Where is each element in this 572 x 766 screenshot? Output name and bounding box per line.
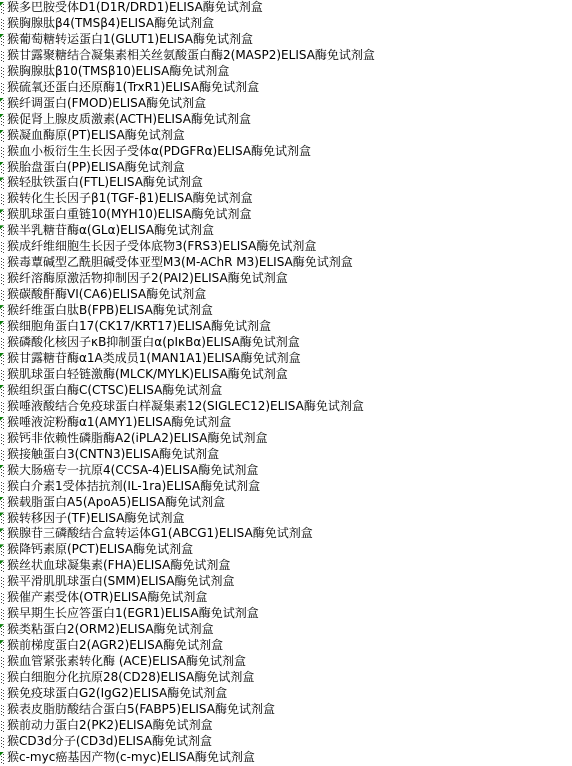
list-item[interactable]: 猴凝血酶原(PT)ELISA酶免试剂盒 — [0, 128, 572, 144]
green-corner-icon — [0, 512, 4, 516]
product-link[interactable]: 猴纤维蛋白肽B(FPB)ELISA酶免试剂盒 — [7, 303, 213, 319]
page-new-icon — [0, 98, 5, 110]
list-item[interactable]: 猴碳酸酐酶VI(CA6)ELISA酶免试剂盒 — [0, 287, 572, 303]
list-item[interactable]: 猴甘露聚糖结合凝集素相关丝氨酸蛋白酶2(MASP2)ELISA酶免试剂盒 — [0, 48, 572, 64]
product-link[interactable]: 猴白细胞分化抗原28(CD28)ELISA酶免试剂盒 — [7, 670, 254, 686]
list-item[interactable]: 猴前梯度蛋白2(AGR2)ELISA酶免试剂盒 — [0, 638, 572, 654]
page-new-icon — [0, 114, 5, 126]
product-link[interactable]: 猴多巴胺受体D1(D1R/DRD1)ELISA酶免试剂盒 — [7, 0, 263, 16]
product-link[interactable]: 猴肌球蛋白重链10(MYH10)ELISA酶免试剂盒 — [7, 207, 251, 223]
page-icon — [0, 672, 5, 684]
green-corner-icon — [0, 624, 4, 628]
list-item[interactable]: 猴葡萄糖转运蛋白1(GLUT1)ELISA酶免试剂盒 — [0, 32, 572, 48]
list-item[interactable]: 猴纤维蛋白肽B(FPB)ELISA酶免试剂盒 — [0, 303, 572, 319]
green-corner-icon — [0, 177, 4, 181]
list-item[interactable]: 猴接触蛋白3(CNTN3)ELISA酶免试剂盒 — [0, 447, 572, 463]
product-link[interactable]: 猴钙非依赖性磷脂酶A2(iPLA2)ELISA酶免试剂盒 — [7, 431, 267, 447]
list-item[interactable]: 猴胸腺肽β4(TMSβ4)ELISA酶免试剂盒 — [0, 16, 572, 32]
list-item[interactable]: 猴肌球蛋白轻链激酶(MLCK/MYLK)ELISA酶免试剂盒 — [0, 367, 572, 383]
list-item[interactable]: 猴纤溶酶原激活物抑制因子2(PAI2)ELISA酶免试剂盒 — [0, 271, 572, 287]
green-corner-icon — [0, 209, 4, 213]
product-link[interactable]: 猴胸腺肽β4(TMSβ4)ELISA酶免试剂盒 — [7, 16, 214, 32]
page-icon — [0, 401, 5, 413]
product-link[interactable]: 猴唾液淀粉酶α1(AMY1)ELISA酶免试剂盒 — [7, 415, 231, 431]
list-item[interactable]: 猴甘露糖苷酶α1A类成员1(MAN1A1)ELISA酶免试剂盒 — [0, 351, 572, 367]
product-link[interactable]: 猴半乳糖苷酶α(GLα)ELISA酶免试剂盒 — [7, 223, 214, 239]
page-icon — [0, 193, 5, 205]
product-link[interactable]: 猴免疫球蛋白G2(IgG2)ELISA酶免试剂盒 — [7, 686, 227, 702]
product-link[interactable]: 猴轻肽铁蛋白(FTL)ELISA酶免试剂盒 — [7, 175, 203, 191]
page-new-icon — [0, 560, 5, 572]
list-item[interactable]: 猴前动力蛋白2(PK2)ELISA酶免试剂盒 — [0, 718, 572, 734]
page-icon — [0, 50, 5, 62]
page-new-icon — [0, 130, 5, 142]
product-link[interactable]: 猴碳酸酐酶VI(CA6)ELISA酶免试剂盒 — [7, 287, 206, 303]
list-item[interactable]: 猴表皮脂肪酸结合蛋白5(FABP5)ELISA酶免试剂盒 — [0, 702, 572, 718]
list-item[interactable]: 猴血小板衍生生长因子受体α(PDGFRα)ELISA酶免试剂盒 — [0, 144, 572, 160]
list-item[interactable]: 猴胸腺肽β10(TMSβ10)ELISA酶免试剂盒 — [0, 64, 572, 80]
page-icon — [0, 720, 5, 732]
page-icon — [0, 146, 5, 158]
page-icon — [0, 273, 5, 285]
page-icon — [0, 241, 5, 253]
list-item[interactable]: 猴胎盘蛋白(PP)ELISA酶免试剂盒 — [0, 160, 572, 176]
page-icon — [0, 688, 5, 700]
page-icon — [0, 576, 5, 588]
product-link[interactable]: 猴胸腺肽β10(TMSβ10)ELISA酶免试剂盒 — [7, 64, 229, 80]
list-item[interactable]: 猴载脂蛋白A5(ApoA5)ELISA酶免试剂盒 — [0, 495, 572, 511]
product-link[interactable]: 猴凝血酶原(PT)ELISA酶免试剂盒 — [7, 128, 185, 144]
green-corner-icon — [0, 560, 4, 564]
product-link[interactable]: 猴甘露糖苷酶α1A类成员1(MAN1A1)ELISA酶免试剂盒 — [7, 351, 301, 367]
green-corner-icon — [0, 98, 4, 102]
green-corner-icon — [0, 544, 4, 548]
green-corner-icon — [0, 305, 4, 309]
green-corner-icon — [0, 353, 4, 357]
product-link[interactable]: 猴葡萄糖转运蛋白1(GLUT1)ELISA酶免试剂盒 — [7, 32, 253, 48]
list-item[interactable]: 猴成纤维细胞生长因子受体底物3(FRS3)ELISA酶免试剂盒 — [0, 239, 572, 255]
product-link[interactable]: 猴大肠癌专一抗原4(CCSA-4)ELISA酶免试剂盒 — [7, 463, 258, 479]
list-item[interactable]: 猴免疫球蛋白G2(IgG2)ELISA酶免试剂盒 — [0, 686, 572, 702]
page-new-icon — [0, 417, 5, 429]
green-corner-icon — [0, 640, 4, 644]
list-item[interactable]: 猴降钙素原(PCT)ELISA酶免试剂盒 — [0, 542, 572, 558]
product-link[interactable]: 猴毒蕈碱型乙酰胆碱受体亚型M3(M-AChR M3)ELISA酶免试剂盒 — [7, 255, 353, 271]
product-link[interactable]: 猴唾液酸结合免疫球蛋白样凝集素12(SIGLEC12)ELISA酶免试剂盒 — [7, 399, 364, 415]
page-new-icon — [0, 752, 5, 764]
product-link[interactable]: 猴成纤维细胞生长因子受体底物3(FRS3)ELISA酶免试剂盒 — [7, 239, 316, 255]
product-link[interactable]: 猴组织蛋白酶C(CTSC)ELISA酶免试剂盒 — [7, 383, 222, 399]
green-corner-icon — [0, 2, 4, 6]
product-link[interactable]: 猴磷酸化核因子κB抑制蛋白α(pIκBα)ELISA酶免试剂盒 — [7, 335, 300, 351]
product-link[interactable]: 猴早期生长应答蛋白1(EGR1)ELISA酶免试剂盒 — [7, 606, 259, 622]
green-corner-icon — [0, 114, 4, 118]
product-link[interactable]: 猴降钙素原(PCT)ELISA酶免试剂盒 — [7, 542, 193, 558]
page-icon — [0, 289, 5, 301]
page-icon — [0, 736, 5, 748]
product-link[interactable]: 猴转移因子(TF)ELISA酶免试剂盒 — [7, 511, 184, 527]
list-item[interactable]: 猴转移因子(TF)ELISA酶免试剂盒 — [0, 511, 572, 527]
product-link[interactable]: 猴丝状血球凝集素(FHA)ELISA酶免试剂盒 — [7, 558, 230, 574]
green-corner-icon — [0, 225, 4, 229]
green-corner-icon — [0, 752, 4, 756]
list-item[interactable]: 猴钙非依赖性磷脂酶A2(iPLA2)ELISA酶免试剂盒 — [0, 431, 572, 447]
list-item[interactable]: 猴硫氧还蛋白还原酶1(TrxR1)ELISA酶免试剂盒 — [0, 80, 572, 96]
list-item[interactable]: 猴CD3d分子(CD3d)ELISA酶免试剂盒 — [0, 734, 572, 750]
list-item[interactable]: 猴磷酸化核因子κB抑制蛋白α(pIκBα)ELISA酶免试剂盒 — [0, 335, 572, 351]
list-item[interactable]: 猴毒蕈碱型乙酰胆碱受体亚型M3(M-AChR M3)ELISA酶免试剂盒 — [0, 255, 572, 271]
product-link[interactable]: 猴甘露聚糖结合凝集素相关丝氨酸蛋白酶2(MASP2)ELISA酶免试剂盒 — [7, 48, 375, 64]
page-icon — [0, 66, 5, 78]
green-corner-icon — [0, 162, 4, 166]
list-item[interactable]: 猴白细胞分化抗原28(CD28)ELISA酶免试剂盒 — [0, 670, 572, 686]
page-icon — [0, 18, 5, 30]
page-new-icon — [0, 34, 5, 46]
list-item[interactable]: 猴多巴胺受体D1(D1R/DRD1)ELISA酶免试剂盒 — [0, 0, 572, 16]
list-item[interactable]: 猴丝状血球凝集素(FHA)ELISA酶免试剂盒 — [0, 558, 572, 574]
page-new-icon — [0, 305, 5, 317]
product-link[interactable]: 猴前动力蛋白2(PK2)ELISA酶免试剂盒 — [7, 718, 213, 734]
green-corner-icon — [0, 385, 4, 389]
product-link[interactable]: 猴白介素1受体拮抗剂(IL-1ra)ELISA酶免试剂盒 — [7, 479, 260, 495]
page-new-icon — [0, 321, 5, 333]
list-item[interactable]: 猴平滑肌肌球蛋白(SMM)ELISA酶免试剂盒 — [0, 574, 572, 590]
page-new-icon — [0, 385, 5, 397]
list-item[interactable]: 猴纤调蛋白(FMOD)ELISA酶免试剂盒 — [0, 96, 572, 112]
page-icon — [0, 257, 5, 269]
product-link[interactable]: 猴催产素受体(OTR)ELISA酶免试剂盒 — [7, 590, 207, 606]
list-item[interactable]: 猴轻肽铁蛋白(FTL)ELISA酶免试剂盒 — [0, 175, 572, 191]
green-corner-icon — [0, 321, 4, 325]
page-icon — [0, 704, 5, 716]
product-link[interactable]: 猴胎盘蛋白(PP)ELISA酶免试剂盒 — [7, 160, 185, 176]
green-corner-icon — [0, 417, 4, 421]
list-item[interactable]: 猴腺苷三磷酸结合盒转运体G1(ABCG1)ELISA酶免试剂盒 — [0, 526, 572, 542]
page-icon — [0, 608, 5, 620]
green-corner-icon — [0, 528, 4, 532]
page-icon — [0, 481, 5, 493]
product-link[interactable]: 猴血小板衍生生长因子受体α(PDGFRα)ELISA酶免试剂盒 — [7, 144, 311, 160]
page-new-icon — [0, 528, 5, 540]
page-new-icon — [0, 465, 5, 477]
product-link[interactable]: 猴类粘蛋白2(ORM2)ELISA酶免试剂盒 — [7, 622, 214, 638]
product-link[interactable]: 猴平滑肌肌球蛋白(SMM)ELISA酶免试剂盒 — [7, 574, 235, 590]
page-new-icon — [0, 209, 5, 221]
page-icon — [0, 433, 5, 445]
list-item[interactable]: 猴半乳糖苷酶α(GLα)ELISA酶免试剂盒 — [0, 223, 572, 239]
product-link[interactable]: 猴转化生长因子β1(TGF-β1)ELISA酶免试剂盒 — [7, 191, 253, 207]
list-item[interactable]: 猴唾液酸结合免疫球蛋白样凝集素12(SIGLEC12)ELISA酶免试剂盒 — [0, 399, 572, 415]
list-item[interactable]: 猴大肠癌专一抗原4(CCSA-4)ELISA酶免试剂盒 — [0, 463, 572, 479]
list-item[interactable]: 猴白介素1受体拮抗剂(IL-1ra)ELISA酶免试剂盒 — [0, 479, 572, 495]
list-item[interactable]: 猴类粘蛋白2(ORM2)ELISA酶免试剂盒 — [0, 622, 572, 638]
product-link[interactable]: 猴纤调蛋白(FMOD)ELISA酶免试剂盒 — [7, 96, 206, 112]
product-list: 猴多巴胺受体D1(D1R/DRD1)ELISA酶免试剂盒猴胸腺肽β4(TMSβ4… — [0, 0, 572, 766]
page-new-icon — [0, 353, 5, 365]
product-link[interactable]: 猴细胞角蛋白17(CK17/KRT17)ELISA酶免试剂盒 — [7, 319, 271, 335]
product-link[interactable]: 猴血管紧张素转化酶 (ACE)ELISA酶免试剂盒 — [7, 654, 246, 670]
page-new-icon — [0, 177, 5, 189]
page-new-icon — [0, 225, 5, 237]
list-item[interactable]: 猴催产素受体(OTR)ELISA酶免试剂盒 — [0, 590, 572, 606]
green-corner-icon — [0, 34, 4, 38]
page-icon — [0, 82, 5, 94]
product-link[interactable]: 猴表皮脂肪酸结合蛋白5(FABP5)ELISA酶免试剂盒 — [7, 702, 275, 718]
list-item[interactable]: 猴细胞角蛋白17(CK17/KRT17)ELISA酶免试剂盒 — [0, 319, 572, 335]
page-new-icon — [0, 624, 5, 636]
list-item[interactable]: 猴c-myc癌基因产物(c-myc)ELISA酶免试剂盒 — [0, 750, 572, 766]
list-item[interactable]: 猴早期生长应答蛋白1(EGR1)ELISA酶免试剂盒 — [0, 606, 572, 622]
list-item[interactable]: 猴血管紧张素转化酶 (ACE)ELISA酶免试剂盒 — [0, 654, 572, 670]
green-corner-icon — [0, 465, 4, 469]
page-new-icon — [0, 497, 5, 509]
product-link[interactable]: 猴腺苷三磷酸结合盒转运体G1(ABCG1)ELISA酶免试剂盒 — [7, 526, 313, 542]
product-link[interactable]: 猴接触蛋白3(CNTN3)ELISA酶免试剂盒 — [7, 447, 219, 463]
product-link[interactable]: 猴前梯度蛋白2(AGR2)ELISA酶免试剂盒 — [7, 638, 223, 654]
page-new-icon — [0, 162, 5, 174]
product-link[interactable]: 猴促肾上腺皮质激素(ACTH)ELISA酶免试剂盒 — [7, 112, 251, 128]
product-link[interactable]: 猴载脂蛋白A5(ApoA5)ELISA酶免试剂盒 — [7, 495, 225, 511]
page-icon — [0, 337, 5, 349]
product-link[interactable]: 猴CD3d分子(CD3d)ELISA酶免试剂盒 — [7, 734, 212, 750]
page-new-icon — [0, 640, 5, 652]
product-link[interactable]: 猴肌球蛋白轻链激酶(MLCK/MYLK)ELISA酶免试剂盒 — [7, 367, 288, 383]
list-item[interactable]: 猴组织蛋白酶C(CTSC)ELISA酶免试剂盒 — [0, 383, 572, 399]
list-item[interactable]: 猴促肾上腺皮质激素(ACTH)ELISA酶免试剂盒 — [0, 112, 572, 128]
list-item[interactable]: 猴肌球蛋白重链10(MYH10)ELISA酶免试剂盒 — [0, 207, 572, 223]
product-link[interactable]: 猴硫氧还蛋白还原酶1(TrxR1)ELISA酶免试剂盒 — [7, 80, 259, 96]
product-link[interactable]: 猴c-myc癌基因产物(c-myc)ELISA酶免试剂盒 — [7, 750, 255, 766]
page-new-icon — [0, 2, 5, 14]
green-corner-icon — [0, 130, 4, 134]
page-icon — [0, 656, 5, 668]
product-link[interactable]: 猴纤溶酶原激活物抑制因子2(PAI2)ELISA酶免试剂盒 — [7, 271, 288, 287]
green-corner-icon — [0, 497, 4, 501]
page-icon — [0, 592, 5, 604]
page-icon — [0, 369, 5, 381]
list-item[interactable]: 猴转化生长因子β1(TGF-β1)ELISA酶免试剂盒 — [0, 191, 572, 207]
page-new-icon — [0, 544, 5, 556]
page-icon — [0, 449, 5, 461]
list-item[interactable]: 猴唾液淀粉酶α1(AMY1)ELISA酶免试剂盒 — [0, 415, 572, 431]
page-new-icon — [0, 512, 5, 524]
